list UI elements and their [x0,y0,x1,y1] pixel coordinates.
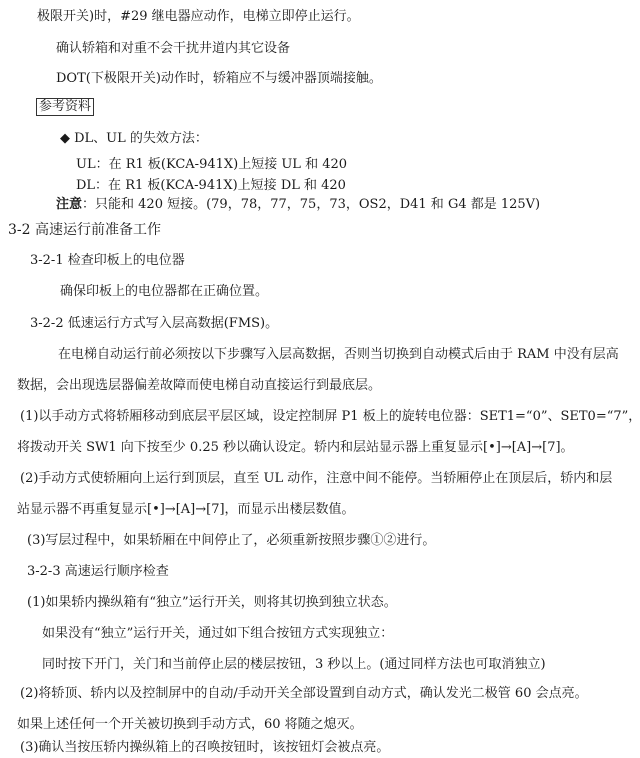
subsection-heading: 3-2-2 低速运行方式写入层高数据(FMS)。 [30,316,278,332]
paragraph-line: 确认轿箱和对重不会干扰井道内其它设备 [56,41,290,57]
paragraph-line: 站显示器不再重复显示[•]→[A]→[7]，而显示出楼层数值。 [17,502,355,518]
note-text: ：只能和 420 短接。(79，78，77，75，73，OS2，D41 和 G4… [82,197,540,212]
paragraph-line: (1)以手动方式将轿厢移动到底层平层区域，设定控制屏 P1 板上的旋转电位器：S… [20,409,640,425]
bullet-heading: ◆ DL、UL 的失效方法： [60,131,208,147]
paragraph-line: 在电梯自动运行前必须按以下步骤写入层高数据，否则当切换到自动模式后由于 RAM … [58,347,619,363]
paragraph-line: (2)将轿顶、轿内以及控制屏中的自动/手动开关全部设置到自动方式，确认发光二极管… [20,686,588,702]
paragraph-line: 数据，会出现选层器偏差故障而使电梯自动直接运行到最底层。 [17,378,381,394]
note-label: 注意 [56,197,82,212]
paragraph-line: DL：在 R1 板(KCA-941X)上短接 DL 和 420 [76,178,346,194]
paragraph-line: DOT(下极限开关)动作时，轿箱应不与缓冲器顶端接触。 [56,71,382,87]
note-line: 注意：只能和 420 短接。(79，78，77，75，73，OS2，D41 和 … [56,197,540,213]
reference-box-label: 参考资料 [36,98,94,116]
paragraph-line: 同时按下开门，关门和当前停止层的楼层按钮，3 秒以上。(通过同样方法也可取消独立… [42,657,546,673]
paragraph-line: UL：在 R1 板(KCA-941X)上短接 UL 和 420 [76,157,347,173]
paragraph-line: 如果没有“独立”运行开关，通过如下组合按钮方式实现独立： [42,626,393,642]
paragraph-line: (3)写层过程中，如果轿厢在中间停止了，必须重新按照步骤①②进行。 [27,533,435,549]
subsection-heading: 3-2-3 高速运行顺序检查 [27,564,169,580]
paragraph-line: (2)手动方式使轿厢向上运行到顶层，直至 UL 动作，注意中间不能停。当轿厢停止… [20,471,612,487]
paragraph-line: (1)如果轿内操纵箱有“独立”运行开关，则将其切换到独立状态。 [27,595,397,611]
paragraph-line: 如果上述任何一个开关被切换到手动方式，60 将随之熄灭。 [17,717,363,733]
section-heading: 3-2 高速运行前准备工作 [8,222,161,238]
paragraph-line: 将拨动开关 SW1 向下按至少 0.25 秒以确认设定。轿内和层站显示器上重复显… [17,440,574,456]
paragraph-line: 确保印板上的电位器都在正确位置。 [60,284,268,300]
paragraph-line: (3)确认当按压轿内操纵箱上的召唤按钮时，该按钮灯会被点亮。 [20,740,389,756]
paragraph-line: 极限开关)时，#29 继电器应动作，电梯立即停止运行。 [37,9,360,25]
subsection-heading: 3-2-1 检查印板上的电位器 [30,253,185,269]
